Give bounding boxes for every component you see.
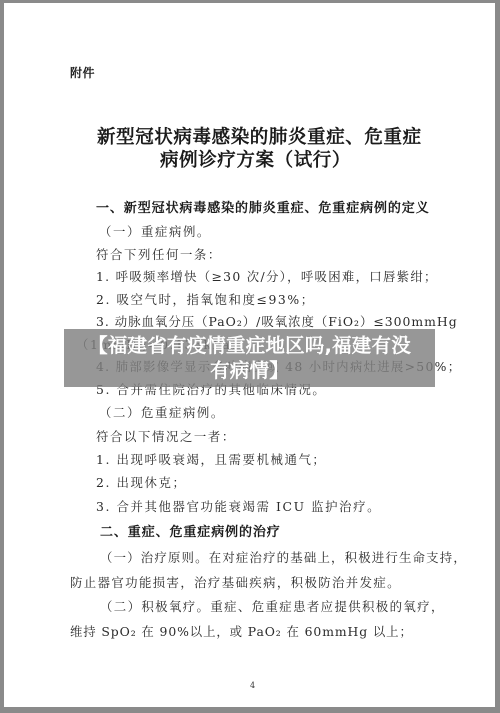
sub1-heading: （一）重症病例。 <box>99 225 211 239</box>
document-title-line2: 病例诊疗方案（试行） <box>160 150 351 172</box>
sub1-intro: 符合下列任何一条： <box>96 248 222 262</box>
sub1-item: 1. 呼吸频率增快（≥30 次/分），呼吸困难，口唇紫绀； <box>96 270 438 284</box>
treatment-principle-line2: 防止器官功能损害，治疗基础疾病，积极防治并发症。 <box>70 576 401 590</box>
headline-overlay-banner: 【福建省有疫情重症地区吗,福建有没 有病情】 <box>64 329 435 387</box>
document-title-line1: 新型冠状病毒感染的肺炎重症、危重症 <box>97 127 422 149</box>
headline-line2: 有病情】 <box>64 358 435 383</box>
headline-overlay-text: 【福建省有疫情重症地区吗,福建有没 有病情】 <box>64 333 435 383</box>
attachment-label: 附件 <box>70 66 95 80</box>
oxygen-therapy-line2: 维持 SpO₂ 在 90%以上，或 PaO₂ 在 60mmHg 以上； <box>70 625 413 639</box>
sub1-item: 2. 吸空气时，指氧饱和度≤93%； <box>96 293 315 307</box>
sub1-item: 3. 动脉血氧分压（PaO₂）/吸氧浓度（FiO₂）≤300mmHg <box>96 315 458 329</box>
sub2-intro: 符合以下情况之一者： <box>96 430 236 444</box>
sub2-item: 2. 出现休克； <box>96 476 187 490</box>
sub2-heading: （二）危重症病例。 <box>99 406 225 420</box>
headline-line1: 【福建省有疫情重症地区吗,福建有没 <box>64 333 435 358</box>
sub2-item: 3. 合并其他器官功能衰竭需 ICU 监护治疗。 <box>96 500 381 514</box>
section2-heading: 二、重症、危重症病例的治疗 <box>100 526 281 540</box>
section1-heading: 一、新型冠状病毒感染的肺炎重症、危重症病例的定义 <box>96 202 430 216</box>
sub2-item: 1. 出现呼吸衰竭，且需要机械通气； <box>96 453 326 467</box>
treatment-principle-line1: （一）治疗原则。在对症治疗的基础上，积极进行生命支持， <box>100 551 467 565</box>
page-number: 4 <box>250 681 255 690</box>
oxygen-therapy-line1: （二）积极氧疗。重症、危重症患者应提供积极的氧疗， <box>100 600 445 614</box>
